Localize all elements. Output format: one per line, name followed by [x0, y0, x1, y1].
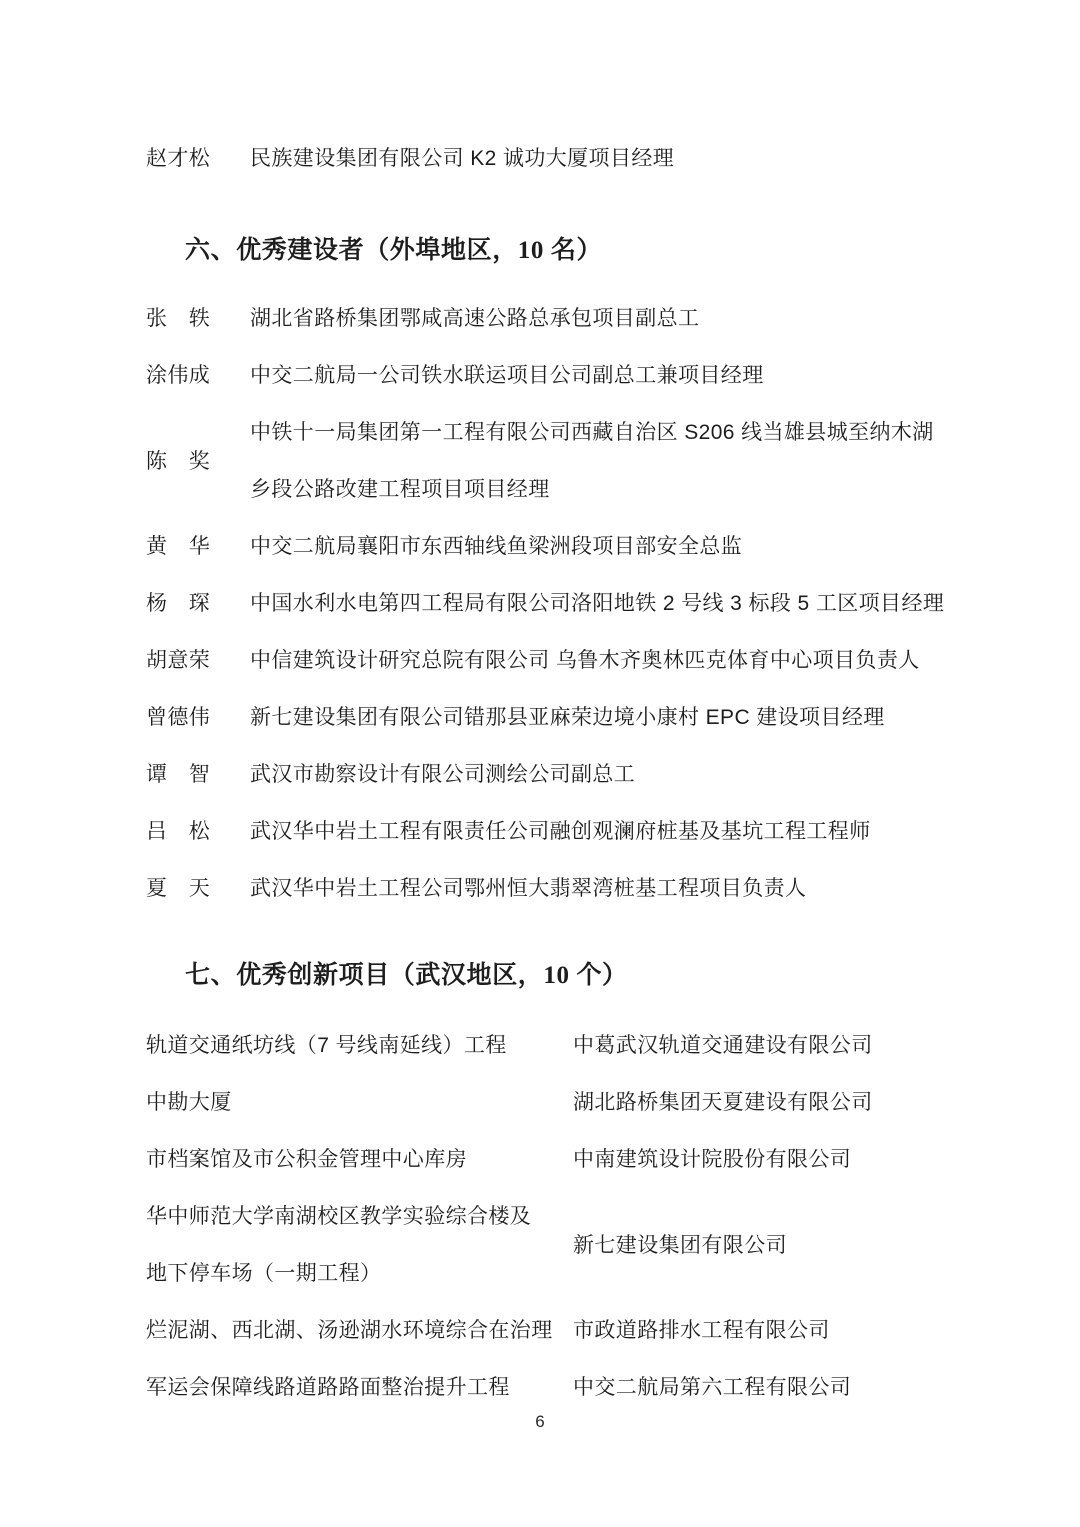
- company-name: 中交二航局第六工程有限公司: [573, 1359, 962, 1416]
- project-name: 军运会保障线路道路路面整治提升工程: [146, 1359, 573, 1416]
- awardee-description: 中国水利水电第四工程局有限公司洛阳地铁 2 号线 3 标段 5 工区项目经理: [250, 575, 962, 632]
- project-name: 轨道交通纸坊线（7 号线南延线）工程: [146, 1017, 573, 1074]
- project-name: 烂泥湖、西北湖、汤逊湖水环境综合在治理: [146, 1302, 573, 1359]
- awardee-description: 武汉华中岩土工程有限责任公司融创观澜府桩基及基坑工程工程师: [250, 803, 962, 860]
- awardee-description: 中信建筑设计研究总院有限公司 乌鲁木齐奥林匹克体育中心项目负责人: [250, 632, 962, 689]
- awardee-name: 曾德伟: [146, 689, 250, 746]
- project-row: 军运会保障线路道路路面整治提升工程 中交二航局第六工程有限公司: [146, 1359, 962, 1416]
- awardee-row: 吕 松 武汉华中岩土工程有限责任公司融创观澜府桩基及基坑工程工程师: [146, 803, 962, 860]
- awardee-description: 中交二航局襄阳市东西轴线鱼梁洲段项目部安全总监: [250, 518, 962, 575]
- awardee-description: 民族建设集团有限公司 K2 诚功大厦项目经理: [250, 130, 962, 187]
- page-number: 6: [0, 1410, 1080, 1434]
- company-name: 中南建筑设计院股份有限公司: [573, 1131, 962, 1188]
- awardee-row: 夏 天 武汉华中岩土工程公司鄂州恒大翡翠湾桩基工程项目负责人: [146, 860, 962, 917]
- awardee-description-line: 乡段公路改建工程项目项目经理: [250, 461, 962, 518]
- document-content: 赵才松 民族建设集团有限公司 K2 诚功大厦项目经理 六、优秀建设者（外埠地区，…: [146, 0, 962, 1416]
- awardee-name: 杨 琛: [146, 575, 250, 632]
- awardee-name: 黄 华: [146, 518, 250, 575]
- project-row: 中勘大厦 湖北路桥集团天夏建设有限公司: [146, 1074, 962, 1131]
- project-row: 市档案馆及市公积金管理中心库房 中南建筑设计院股份有限公司: [146, 1131, 962, 1188]
- awardee-row: 杨 琛 中国水利水电第四工程局有限公司洛阳地铁 2 号线 3 标段 5 工区项目…: [146, 575, 962, 632]
- awardee-row: 陈 奖 中铁十一局集团第一工程有限公司西藏自治区 S206 线当雄县城至纳木湖 …: [146, 404, 962, 518]
- awardee-description: 武汉市勘察设计有限公司测绘公司副总工: [250, 746, 962, 803]
- awardee-row: 曾德伟 新七建设集团有限公司错那县亚麻荣边境小康村 EPC 建设项目经理: [146, 689, 962, 746]
- awardee-row: 赵才松 民族建设集团有限公司 K2 诚功大厦项目经理: [146, 130, 962, 187]
- project-name: 市档案馆及市公积金管理中心库房: [146, 1131, 573, 1188]
- company-name: 新七建设集团有限公司: [573, 1217, 962, 1274]
- awardee-name: 陈 奖: [146, 433, 250, 490]
- company-name: 湖北路桥集团天夏建设有限公司: [573, 1074, 962, 1131]
- awardee-name: 涂伟成: [146, 347, 250, 404]
- awardee-description: 武汉华中岩土工程公司鄂州恒大翡翠湾桩基工程项目负责人: [250, 860, 962, 917]
- document-page: 赵才松 民族建设集团有限公司 K2 诚功大厦项目经理 六、优秀建设者（外埠地区，…: [0, 0, 1080, 1527]
- awardee-description-line: 中铁十一局集团第一工程有限公司西藏自治区 S206 线当雄县城至纳木湖: [250, 404, 962, 461]
- project-row: 轨道交通纸坊线（7 号线南延线）工程 中葛武汉轨道交通建设有限公司: [146, 1017, 962, 1074]
- awardee-row: 胡意荣 中信建筑设计研究总院有限公司 乌鲁木齐奥林匹克体育中心项目负责人: [146, 632, 962, 689]
- company-name: 市政道路排水工程有限公司: [573, 1302, 962, 1359]
- awardee-name: 夏 天: [146, 860, 250, 917]
- awardee-row: 谭 智 武汉市勘察设计有限公司测绘公司副总工: [146, 746, 962, 803]
- project-name: 中勘大厦: [146, 1074, 573, 1131]
- project-name: 华中师范大学南湖校区教学实验综合楼及 地下停车场（一期工程）: [146, 1188, 573, 1302]
- awardee-name: 吕 松: [146, 803, 250, 860]
- awardee-description: 中铁十一局集团第一工程有限公司西藏自治区 S206 线当雄县城至纳木湖 乡段公路…: [250, 404, 962, 518]
- awardee-row: 黄 华 中交二航局襄阳市东西轴线鱼梁洲段项目部安全总监: [146, 518, 962, 575]
- project-name-line: 地下停车场（一期工程）: [146, 1245, 573, 1302]
- awardee-name: 胡意荣: [146, 632, 250, 689]
- project-row: 烂泥湖、西北湖、汤逊湖水环境综合在治理 市政道路排水工程有限公司: [146, 1302, 962, 1359]
- awardee-name: 张 轶: [146, 290, 250, 347]
- awardee-description: 湖北省路桥集团鄂咸高速公路总承包项目副总工: [250, 290, 962, 347]
- awardee-name: 赵才松: [146, 130, 250, 187]
- project-row: 华中师范大学南湖校区教学实验综合楼及 地下停车场（一期工程） 新七建设集团有限公…: [146, 1188, 962, 1302]
- section-heading-6: 六、优秀建设者（外埠地区，10 名）: [185, 222, 962, 279]
- company-name: 中葛武汉轨道交通建设有限公司: [573, 1017, 962, 1074]
- awardee-row: 涂伟成 中交二航局一公司铁水联运项目公司副总工兼项目经理: [146, 347, 962, 404]
- project-name-line: 华中师范大学南湖校区教学实验综合楼及: [146, 1188, 573, 1245]
- awardee-description: 新七建设集团有限公司错那县亚麻荣边境小康村 EPC 建设项目经理: [250, 689, 962, 746]
- awardee-row: 张 轶 湖北省路桥集团鄂咸高速公路总承包项目副总工: [146, 290, 962, 347]
- awardee-name: 谭 智: [146, 746, 250, 803]
- awardee-description: 中交二航局一公司铁水联运项目公司副总工兼项目经理: [250, 347, 962, 404]
- section-heading-7: 七、优秀创新项目（武汉地区，10 个）: [185, 947, 962, 1004]
